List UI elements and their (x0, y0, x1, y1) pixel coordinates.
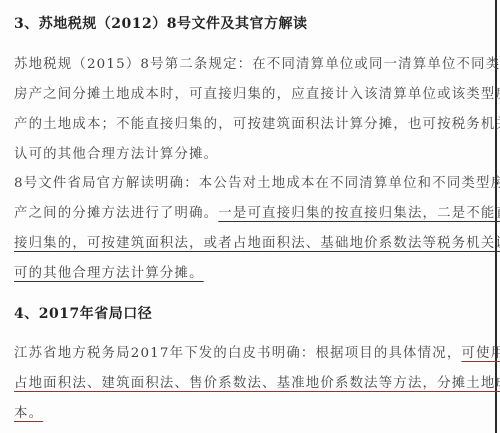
text-line: 房产之间分摊土地成本时，可直接归集的，应直接计入该清算单位或该类型房 (14, 80, 484, 110)
plain-text: 产之间的分摊方法进行了明确。 (14, 206, 218, 221)
plain-text: 江苏省地方税务局2017年下发的白皮书明确：根据项目的具体情况， (14, 346, 461, 361)
underlined-text-line: 占地面积法、建筑面积法、售价系数法、基准地价系数法等方法，分摊土地成 (14, 369, 484, 399)
text-line: 江苏省地方税务局2017年下发的白皮书明确：根据项目的具体情况，可使用 (14, 339, 484, 369)
section-3-heading: 3、苏地税规（2012）8号文件及其官方解读 (14, 13, 307, 33)
underlined-text: 一是可直接归集的按直接归集法，二是不能直 (218, 206, 500, 221)
text-line: 产之间的分摊方法进行了明确。一是可直接归集的按直接归集法，二是不能直 (14, 199, 484, 229)
underlined-text: 本。 (14, 406, 43, 421)
text-line: 8号文件省局官方解读明确：本公告对土地成本在不同清算单位和不同类型房 (14, 169, 484, 199)
text-line: 可的其他合理方法计算分摊。 (14, 259, 484, 289)
text-line: 产的土地成本；不能直接归集的，可按建筑面积法计算分摊，也可按税务机关 (14, 110, 484, 140)
section-3-paragraph-2: 8号文件省局官方解读明确：本公告对土地成本在不同清算单位和不同类型房 产之间的分… (14, 169, 484, 289)
underlined-text: 可使用 (461, 346, 500, 361)
text-line: 苏地税规（2015）8号第二条规定：在不同清算单位或同一清算单位不同类型 (14, 50, 484, 80)
section-3-paragraph-1: 苏地税规（2015）8号第二条规定：在不同清算单位或同一清算单位不同类型 房产之… (14, 50, 484, 170)
text-line: 认可的其他合理方法计算分摊。 (14, 140, 484, 170)
text-line: 本。 (14, 399, 484, 429)
underlined-text: 可的其他合理方法计算分摊。 (14, 266, 204, 281)
section-4-heading: 4、2017年省局口径 (14, 303, 152, 323)
section-4-paragraph: 江苏省地方税务局2017年下发的白皮书明确：根据项目的具体情况，可使用 占地面积… (14, 339, 484, 429)
underlined-text-line: 接归集的，可按建筑面积法，或者占地面积法、基础地价系数法等税务机关认 (14, 229, 484, 259)
